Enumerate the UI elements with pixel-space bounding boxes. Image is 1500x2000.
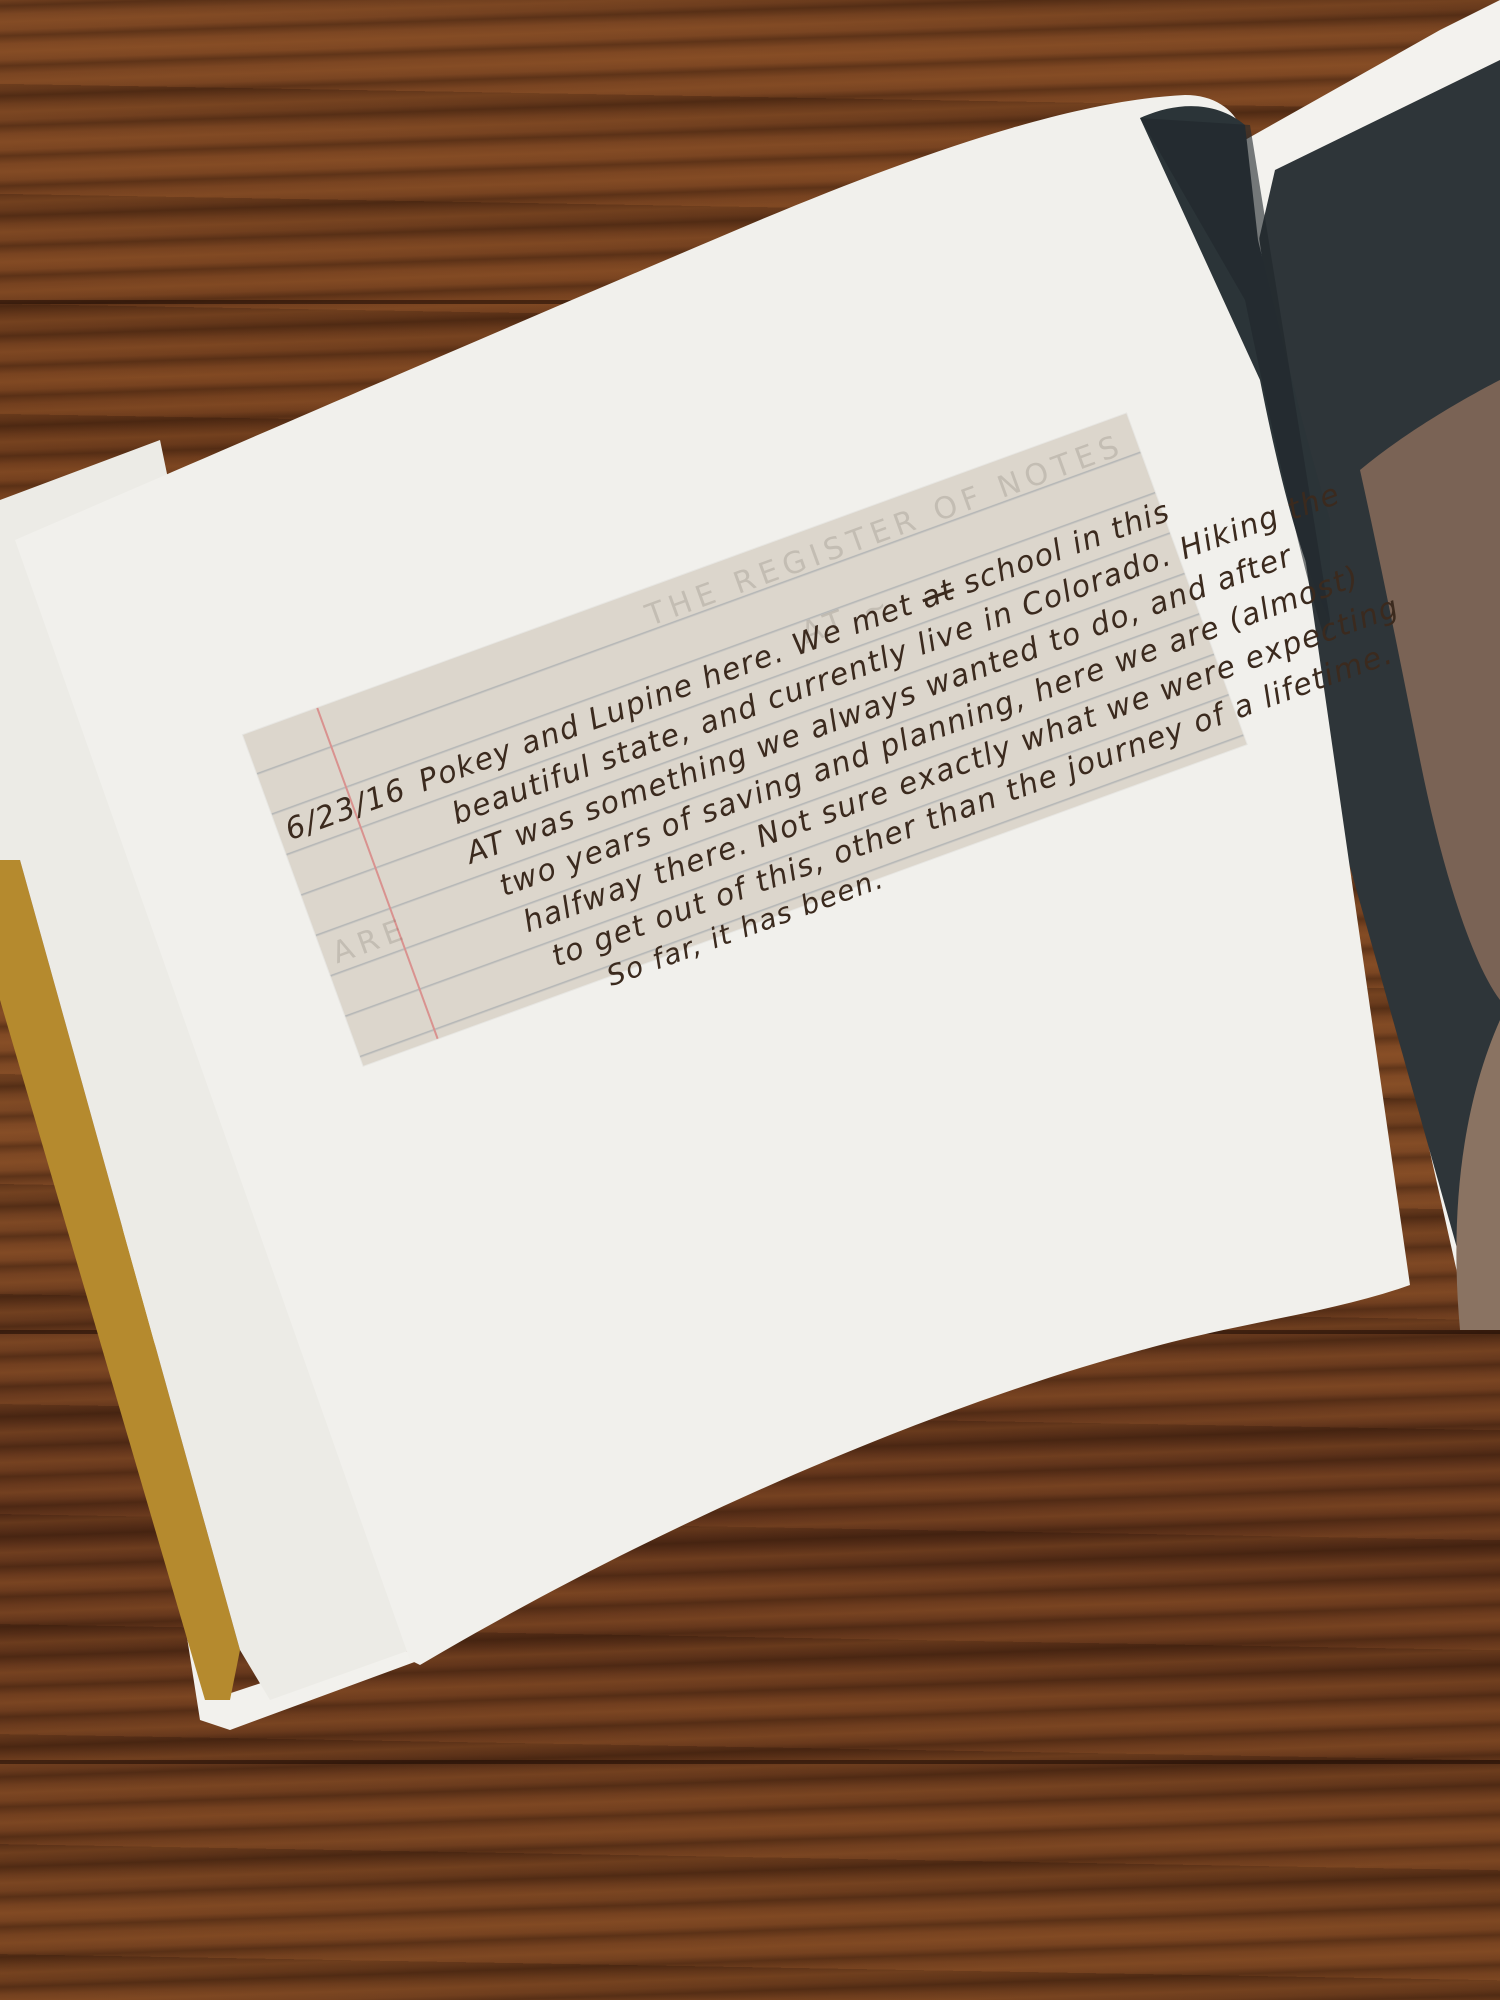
bleed-through-text: ARE [328, 912, 414, 972]
book-illustration [0, 0, 1500, 2000]
red-margin-line [316, 708, 438, 1039]
